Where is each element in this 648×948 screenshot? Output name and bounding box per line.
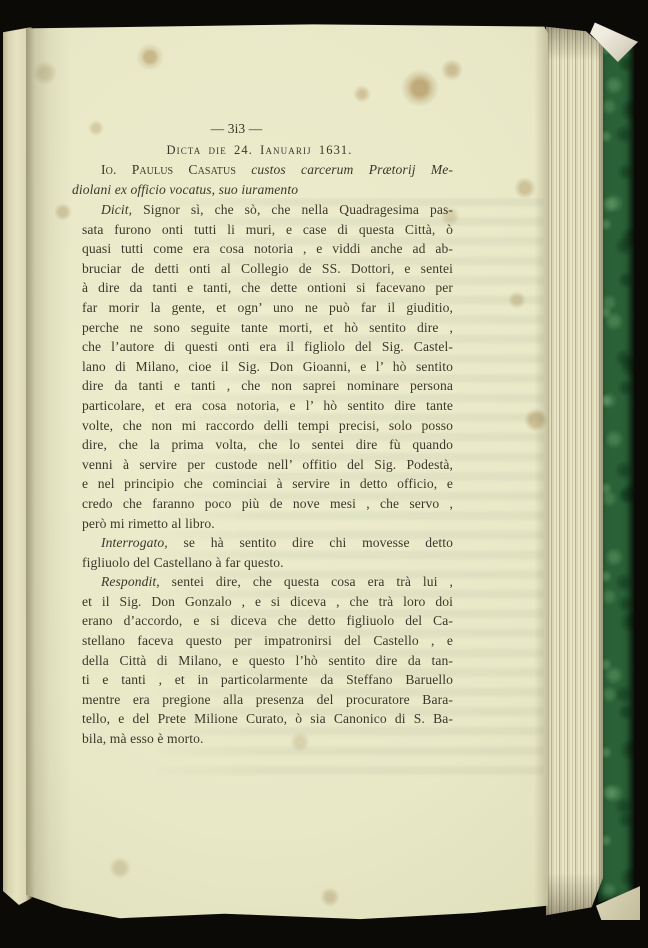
text-line: Dicta die 24. Ianuarij 1631.: [74, 140, 445, 160]
text-line: credo che faranno poco più de nove mesi …: [82, 494, 453, 514]
text-line: stellano faceva questo per impatronirsi …: [82, 631, 453, 651]
text-line: ti e tanti , et in particolarmente da St…: [82, 670, 453, 690]
text-line: volte, che non mi raccordo delli tempi p…: [82, 416, 453, 436]
text-segment: tello, e del Prete Milione Curato, ò sia…: [82, 711, 453, 726]
text-segment: venni à servire per custode nell’ offiti…: [82, 457, 453, 472]
text-segment: stellano faceva questo per impatronirsi …: [82, 633, 453, 648]
text-segment: quasi tutti come era cosa notoria , e vi…: [82, 241, 453, 256]
text-line: à dire da tanti e tanti, che dette ontio…: [82, 278, 453, 298]
text-line: Dicit, Signor sì, che sò, che nella Quad…: [82, 200, 453, 220]
text-line: dire da tanti e tanti , che non saprei n…: [82, 376, 453, 396]
text-segment: lano di Milano, cioe il Sig. Don Gioanni…: [82, 359, 453, 374]
text-line: diolani ex officio vocatus, suo iurament…: [72, 180, 443, 200]
text-segment: et il Sig. Don Gonzalo , e si diceva , c…: [82, 594, 453, 609]
text-segment: à dire da tanti e tanti, che dette ontio…: [82, 280, 453, 295]
text-segment: diolani ex officio vocatus, suo iurament…: [72, 182, 298, 197]
text-line: dire, che la prima volta, che lo sentei …: [82, 435, 453, 455]
text-line: lano di Milano, cioe il Sig. Don Gioanni…: [82, 357, 453, 377]
text-line: mentre era pregione alla presenza del pr…: [82, 690, 453, 710]
text-segment: erano d’accordo, e si diceva che detto f…: [82, 613, 453, 628]
text-segment: sata furono onti tutti li muri, e case d…: [82, 222, 453, 237]
text-segment: custos carcerum Prætorij Me-: [251, 162, 453, 177]
text-line: particolare, et era cosa notoria, e l’ h…: [82, 396, 453, 416]
text-line: bruciar de detti onti al Collegio de SS.…: [82, 259, 453, 279]
text-segment: Respondit,: [101, 574, 160, 589]
text-line: — 3i3 —: [51, 117, 422, 140]
text-segment: mentre era pregione alla presenza del pr…: [82, 692, 453, 707]
text-line: della Città di Milano, e questo l’hò sen…: [82, 651, 453, 671]
text-segment: e nel principio che cominciai à servire …: [82, 476, 453, 491]
text-line: quasi tutti come era cosa notoria , e vi…: [82, 239, 453, 259]
text-line: tello, e del Prete Milione Curato, ò sia…: [82, 709, 453, 729]
text-line: e nel principio che cominciai à servire …: [82, 474, 453, 494]
page-edge-stack: [546, 25, 603, 917]
text-segment: ti e tanti , et in particolarmente da St…: [82, 672, 453, 687]
text-line: figliuolo del Castellano à far questo.: [82, 553, 453, 573]
text-line: Respondit, sentei dire, che questa cosa …: [82, 572, 453, 592]
text-segment: dire da tanti e tanti , che non saprei n…: [82, 378, 453, 393]
text-segment: Interrogato,: [101, 535, 168, 550]
text-segment: volte, che non mi raccordo delli tempi p…: [82, 418, 453, 433]
text-line: che l’autore di questi onti era il figli…: [82, 337, 453, 357]
text-segment: far morir la gente, et ogn’ uno ne può f…: [82, 300, 453, 315]
text-line: far morir la gente, et ogn’ uno ne può f…: [82, 298, 453, 318]
text-line: però mi rimetto al libro.: [82, 514, 453, 534]
text-segment: bila, mà esso è morto.: [82, 731, 204, 746]
text-segment: credo che faranno poco più de nove mesi …: [82, 496, 453, 511]
text-line: venni à servire per custode nell’ offiti…: [82, 455, 453, 475]
text-segment: Dicit,: [101, 202, 132, 217]
text-line: sata furono onti tutti li muri, e case d…: [82, 220, 453, 240]
text-line: erano d’accordo, e si diceva che detto f…: [82, 611, 453, 631]
text-segment: se hà sentito dire chi movesse detto: [168, 535, 453, 550]
text-segment: — 3i3 —: [211, 121, 263, 136]
text-segment: perche ne sono seguite tante morti, et h…: [82, 320, 453, 335]
text-line: Io. Paulus Casatus custos carcerum Præto…: [82, 160, 453, 180]
text-line: Interrogato, se hà sentito dire chi move…: [82, 533, 453, 553]
text-segment: sentei dire, che questa cosa era trà lui…: [160, 574, 453, 589]
book-page: — 3i3 —Dicta die 24. Ianuarij 1631.Io. P…: [26, 23, 548, 920]
text-line: bila, mà esso è morto.: [82, 729, 453, 749]
text-segment: particolare, et era cosa notoria, e l’ h…: [82, 398, 453, 413]
text-segment: però mi rimetto al libro.: [82, 516, 215, 531]
text-block: — 3i3 —Dicta die 24. Ianuarij 1631.Io. P…: [82, 117, 453, 749]
text-segment: bruciar de detti onti al Collegio de SS.…: [82, 261, 453, 276]
text-segment: Io. Paulus Casatus: [101, 162, 251, 177]
text-segment: Signor sì, che sò, che nella Quadragesim…: [132, 202, 453, 217]
text-segment: della Città di Milano, e questo l’hò sen…: [82, 653, 453, 668]
text-segment: che l’autore di questi onti era il figli…: [82, 339, 453, 354]
text-line: perche ne sono seguite tante morti, et h…: [82, 318, 453, 338]
book-photo: — 3i3 —Dicta die 24. Ianuarij 1631.Io. P…: [0, 0, 648, 948]
text-line: et il Sig. Don Gonzalo , e si diceva , c…: [82, 592, 453, 612]
text-segment: dire, che la prima volta, che lo sentei …: [82, 437, 453, 452]
text-segment: Dicta die 24. Ianuarij 1631.: [166, 143, 352, 157]
green-marbled-cover: [598, 38, 634, 906]
text-segment: figliuolo del Castellano à far questo.: [82, 555, 284, 570]
